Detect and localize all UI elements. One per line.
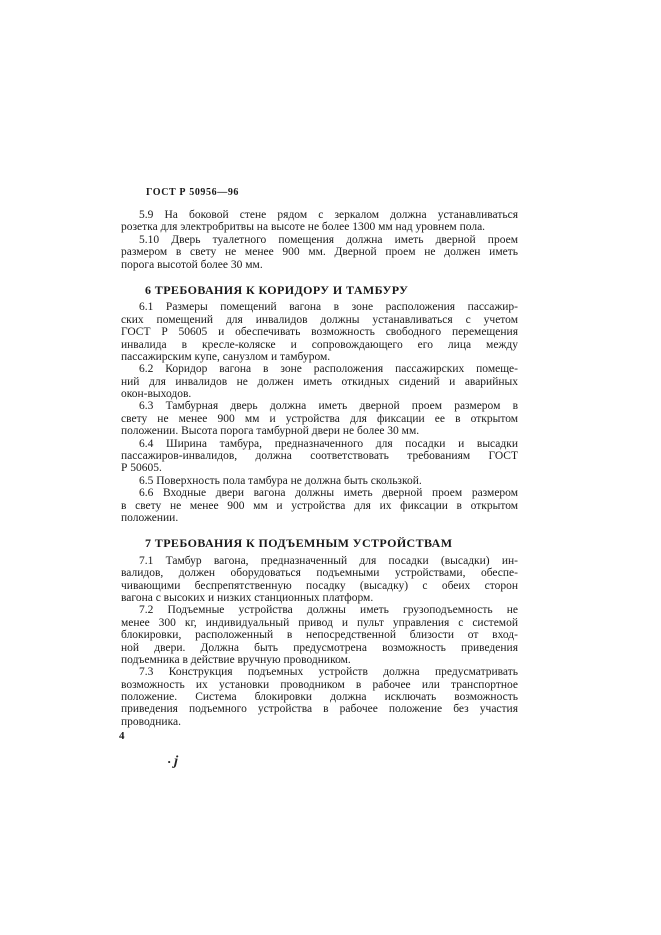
- paragraph-7.1: 7.1 Тамбур вагона, предназначенный для п…: [121, 555, 518, 605]
- paragraph-line: ний для инвалидов не должен иметь откидн…: [121, 376, 518, 388]
- paragraph-line: 6.4 Ширина тамбура, предназначенного для…: [121, 438, 518, 450]
- paragraph-line: 7.3 Конструкция подъемных устройств долж…: [121, 666, 518, 678]
- paragraph-6.1: 6.1 Размеры помещений вагона в зоне расп…: [121, 301, 518, 363]
- paragraph-6.2: 6.2 Коридор вагона в зоне расположения п…: [121, 363, 518, 400]
- paragraph-line: возможность их установки проводником в р…: [121, 679, 518, 691]
- paragraph-line: 6.2 Коридор вагона в зоне расположения п…: [121, 363, 518, 375]
- document-body: 5.9 На боковой стене рядом с зеркалом до…: [121, 209, 518, 728]
- paragraph-line: ских помещений для инвалидов должны уста…: [121, 314, 518, 326]
- paragraph-line: вагона с высоких и низких станционных пл…: [121, 592, 518, 604]
- section-7-heading: 7 ТРЕБОВАНИЯ К ПОДЪЕМНЫМ УСТРОЙСТВАМ: [121, 537, 518, 549]
- paragraph-line: розетка для электробритвы на высоте не б…: [121, 221, 518, 233]
- paragraph-7.3: 7.3 Конструкция подъемных устройств долж…: [121, 666, 518, 728]
- paragraph-7.2: 7.2 Подъемные устройства должны иметь гр…: [121, 604, 518, 666]
- paragraph-line: 5.10 Дверь туалетного помещения должна и…: [121, 234, 518, 246]
- paragraph-line: свету не менее 900 мм и устройства для ф…: [121, 413, 518, 425]
- paragraph-line: положение. Система блокировки должна иск…: [121, 691, 518, 703]
- paragraph-line: 6.1 Размеры помещений вагона в зоне расп…: [121, 301, 518, 313]
- paragraph-6.6: 6.6 Входные двери вагона должны иметь дв…: [121, 487, 518, 524]
- document-page: ГОСТ Р 50956—96 5.9 На боковой стене ряд…: [0, 0, 661, 935]
- paragraph-line: 6.3 Тамбурная дверь должна иметь дверной…: [121, 400, 518, 412]
- paragraph-line: порога высотой более 30 мм.: [121, 259, 518, 271]
- paragraph-line: положении. Высота порога тамбурной двери…: [121, 425, 518, 437]
- paragraph-6.5: 6.5 Поверхность пола тамбура не должна б…: [121, 475, 518, 487]
- paragraph-line: в свету не менее 900 мм и устройства для…: [121, 500, 518, 512]
- paragraph-line: 6.5 Поверхность пола тамбура не должна б…: [121, 475, 518, 487]
- paragraph-line: подъемника в действие вручную проводнико…: [121, 654, 518, 666]
- paragraph-line: пассажиров-инвалидов, должна соответство…: [121, 450, 518, 462]
- section-6-heading: 6 ТРЕБОВАНИЯ К КОРИДОРУ И ТАМБУРУ: [121, 284, 518, 296]
- page-header-gost-number: ГОСТ Р 50956—96: [146, 187, 239, 198]
- paragraph-line: 7.2 Подъемные устройства должны иметь гр…: [121, 604, 518, 616]
- paragraph-line: ной двери. Должна быть предусмотрена воз…: [121, 642, 518, 654]
- paragraph-line: блокировки, расположенный в непосредстве…: [121, 629, 518, 641]
- paragraph-line: инвалида в кресле-коляске и сопровождающ…: [121, 339, 518, 351]
- paragraph-line: проводника.: [121, 716, 518, 728]
- paragraph-line: валидов, должен оборудоваться подъемными…: [121, 567, 518, 579]
- paragraph-line: менее 300 кг, индивидуальный привод и пу…: [121, 617, 518, 629]
- paragraph-line: окон-выходов.: [121, 388, 518, 400]
- paragraph-line: размером в свету не менее 900 мм. Дверно…: [121, 246, 518, 258]
- scan-artifact: · j: [165, 752, 195, 782]
- paragraph-line: чивающими беспрепятственную посадку (выс…: [121, 580, 518, 592]
- page-number: 4: [119, 730, 125, 742]
- scan-speck-glyph: j: [174, 754, 179, 770]
- paragraph-line: 7.1 Тамбур вагона, предназначенный для п…: [121, 555, 518, 567]
- paragraph-line: 6.6 Входные двери вагона должны иметь дв…: [121, 487, 518, 499]
- paragraph-5.9: 5.9 На боковой стене рядом с зеркалом до…: [121, 209, 518, 234]
- paragraph-line: 5.9 На боковой стене рядом с зеркалом до…: [121, 209, 518, 221]
- paragraph-6.4: 6.4 Ширина тамбура, предназначенного для…: [121, 438, 518, 475]
- scan-speck-dot: ·: [167, 754, 171, 770]
- paragraph-line: положении.: [121, 512, 518, 524]
- paragraph-5.10: 5.10 Дверь туалетного помещения должна и…: [121, 234, 518, 271]
- paragraph-line: ГОСТ Р 50605 и обеспечивать возможность …: [121, 326, 518, 338]
- paragraph-line: пассажирским купе, санузлом и тамбуром.: [121, 351, 518, 363]
- paragraph-6.3: 6.3 Тамбурная дверь должна иметь дверной…: [121, 400, 518, 437]
- paragraph-line: приведения подъемного устройства в рабоч…: [121, 703, 518, 715]
- paragraph-line: Р 50605.: [121, 462, 518, 474]
